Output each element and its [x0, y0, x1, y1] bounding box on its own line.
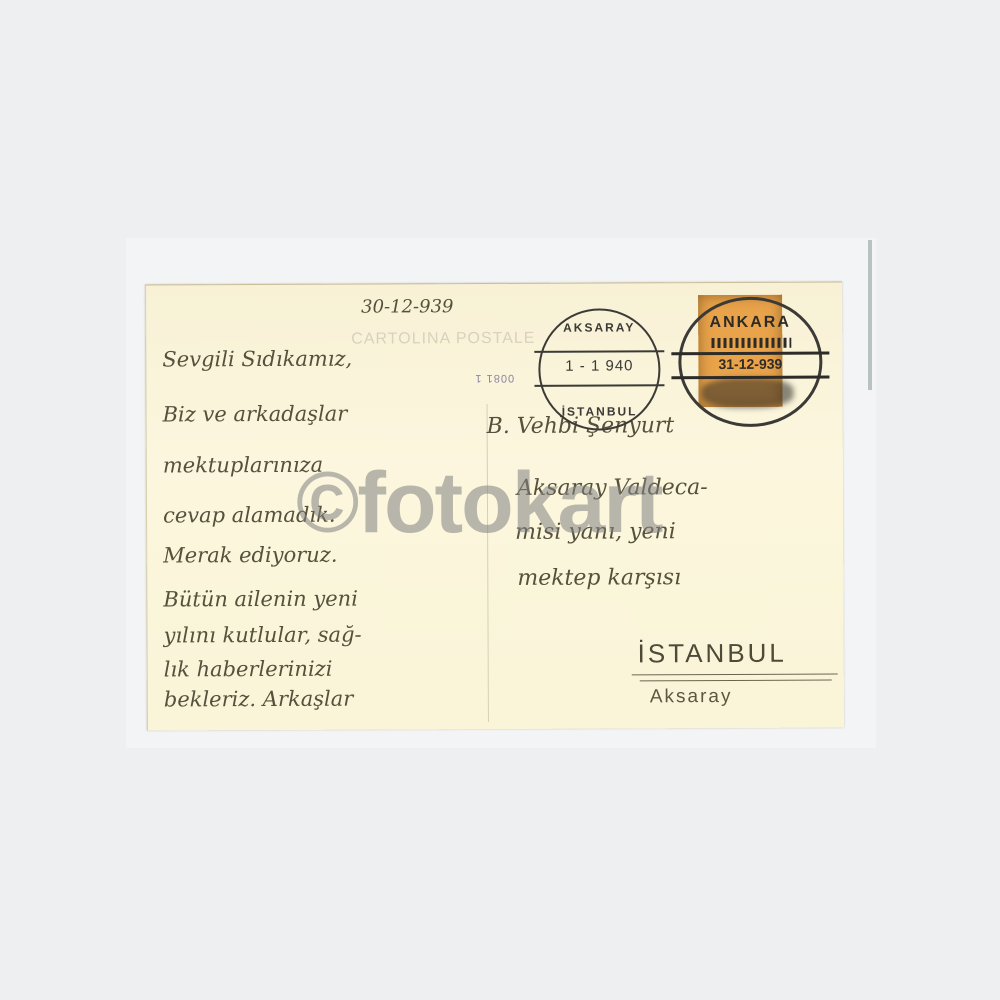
postmark-ink	[711, 338, 791, 348]
message-line: lık haberlerinizi	[164, 657, 333, 682]
postmark-bottom-text: İSTANBUL	[541, 404, 659, 419]
postmark-top-text: AKSARAY	[540, 320, 658, 335]
city-underline	[632, 674, 838, 676]
postmark-bar	[534, 384, 664, 387]
destination-city: İSTANBUL	[638, 638, 787, 670]
handwritten-date: 30-12-939	[361, 296, 453, 317]
postmark-top-text: ANKARA	[681, 314, 819, 333]
postmark-date: 1 - 1 940	[540, 357, 658, 375]
ankara-postmark: ANKARA 31-12-939	[678, 297, 823, 428]
city-underline	[640, 680, 832, 682]
watermark: ©fotokart	[296, 460, 661, 546]
postmark-bar	[534, 350, 664, 353]
postmark-smudge	[701, 378, 793, 408]
aksaray-postmark: AKSARAY 1 - 1 940 İSTANBUL	[538, 308, 661, 431]
destination-district: Aksaray	[650, 686, 733, 708]
postmark-date: 31-12-939	[681, 356, 819, 373]
postcard-divider	[487, 404, 489, 722]
boxed-mark: 0081 1	[474, 372, 514, 384]
message-line: Biz ve arkadaşlar	[163, 402, 348, 427]
message-line: yılını kutlular, sağ-	[164, 623, 362, 648]
message-line: Sevgili Sıdıkamız,	[162, 347, 352, 372]
message-line: bekleriz. Arkaşlar	[164, 687, 354, 712]
printed-header: CARTOLINA POSTALE	[351, 330, 535, 349]
scan-edge	[868, 240, 872, 390]
address-line: mektep karşısı	[517, 565, 681, 591]
message-line: Bütün ailenin yeni	[163, 587, 358, 612]
